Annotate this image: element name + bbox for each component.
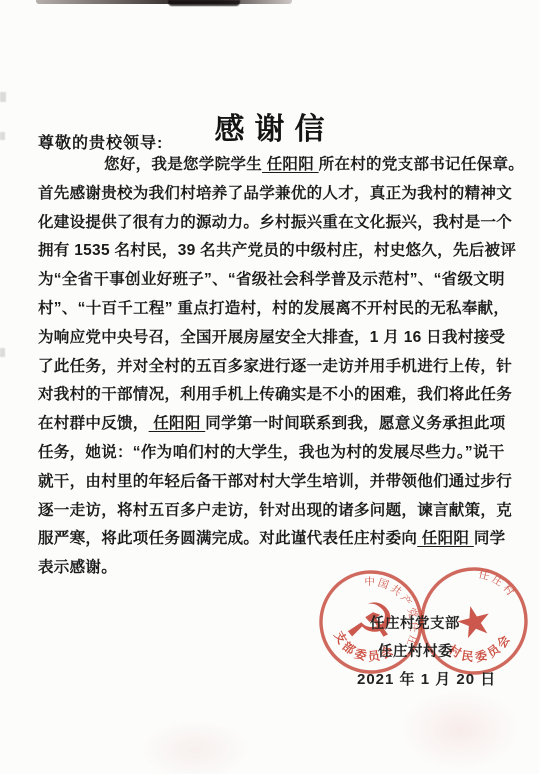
- body-line: 为响应党中央号召，全国开展房屋安全大排查，1 月 16 日我村接受: [38, 324, 502, 353]
- scanned-letter-page: 感谢信 尊敬的贵校领导: 您好，我是您学院学生 任阳阳 所在村的党支部书记任保章…: [0, 0, 539, 774]
- body-text: 对我村的干部情况，利用手机上传确实是不小的困难，我们将此任务: [38, 386, 512, 403]
- body-line: 在村群中反馈， 任阳阳 同学第一时间联系到我，愿意义务承担此项: [38, 410, 502, 439]
- signature-org-party-branch: 任庄村党支部: [370, 612, 460, 633]
- body-line: 首先感谢贵校为我们村培养了品学兼优的人才，真正为我村的精神文: [38, 180, 502, 209]
- body-line: 对我村的干部情况，利用手机上传确实是不小的困难，我们将此任务: [38, 381, 502, 410]
- body-text: 服严寒，将此项任务圆满完成。对此谨代表任庄村委向: [38, 530, 417, 547]
- body-line: 就干，由村里的年轻后备干部对村大学生培训，并带领他们通过步行: [38, 468, 502, 497]
- body-line: 为“全省干事创业好班子”、“省级社会科学普及示范村”、“省级文明: [38, 266, 502, 295]
- body-text: 为“全省干事创业好班子”、“省级社会科学普及示范村”、“省级文明: [38, 271, 505, 288]
- body-text: 同学第一时间联系到我，愿意义务承担此项: [205, 415, 505, 432]
- signature-org-village-committee: 任庄村村委: [378, 640, 453, 661]
- body-line: 了此任务，并对全村的五百多家进行逐一走访并用手机进行上传，针: [38, 353, 502, 382]
- body-line: 您好，我是您学院学生 任阳阳 所在村的党支部书记任保章。: [38, 151, 502, 180]
- body-text: 任务，她说：“作为咱们村的大学生，我也为村的发展尽些力。”说干: [38, 444, 505, 461]
- body-line: 村”、“十百千工程” 重点打造村，村的发展离不开村民的无私奉献，: [38, 295, 502, 324]
- body-line: 逐一走访，将村五百多户走访，针对出现的诸多问题，谏言献策，克: [38, 497, 502, 526]
- scan-ink-bleed: [140, 720, 250, 774]
- body-text: 了此任务，并对全村的五百多家进行逐一走访并用手机进行上传，针: [38, 358, 512, 375]
- body-text: 为响应党中央号召，全国开展房屋安全大排查，1 月 16 日我村接受: [38, 329, 505, 346]
- scan-artifact-streak: [36, 0, 292, 4]
- underlined-student-name: 任阳阳: [417, 530, 474, 547]
- body-text: 同学: [474, 530, 506, 547]
- body-line: 任务，她说：“作为咱们村的大学生，我也为村的发展尽些力。”说干: [38, 439, 502, 468]
- body-line: 服严寒，将此项任务圆满完成。对此谨代表任庄村委向 任阳阳 同学: [38, 525, 502, 554]
- letter-body: 您好，我是您学院学生 任阳阳 所在村的党支部书记任保章。首先感谢贵校为我们村培养…: [38, 151, 502, 583]
- body-text: 化建设提供了很有力的源动力。乡村振兴重在文化振兴，我村是一个: [38, 214, 512, 231]
- body-line: 化建设提供了很有力的源动力。乡村振兴重在文化振兴，我村是一个: [38, 209, 502, 238]
- scan-edge-smudge: [0, 92, 6, 102]
- scan-artifact-blob: [168, 0, 240, 6]
- scan-ink-bleed: [400, 690, 520, 770]
- body-text: 所在村的党支部书记任保章。: [319, 156, 524, 173]
- signature-date: 2021 年 1 月 20 日: [357, 668, 496, 689]
- body-text: 拥有 1535 名村民，39 名共产党员的中级村庄，村史悠久，先后被评: [38, 242, 516, 259]
- body-text: 逐一走访，将村五百多户走访，针对出现的诸多问题，谏言献策，克: [38, 502, 512, 519]
- body-text: 表示感谢。: [38, 559, 117, 576]
- scan-edge-smudge: [0, 348, 5, 357]
- body-line: 拥有 1535 名村民，39 名共产党员的中级村庄，村史悠久，先后被评: [38, 237, 502, 266]
- body-text: 就干，由村里的年轻后备干部对村大学生培训，并带领他们通过步行: [38, 473, 512, 490]
- body-text: 首先感谢贵校为我们村培养了品学兼优的人才，真正为我村的精神文: [38, 185, 512, 202]
- underlined-student-name: 任阳阳: [149, 415, 206, 432]
- salutation: 尊敬的贵校领导:: [38, 130, 163, 153]
- body-text: 村”、“十百千工程” 重点打造村，村的发展离不开村民的无私奉献，: [38, 300, 509, 317]
- body-text: 您好，我是您学院学生: [104, 156, 262, 173]
- body-text: 在村群中反馈，: [38, 415, 149, 432]
- underlined-student-name: 任阳阳: [262, 156, 319, 173]
